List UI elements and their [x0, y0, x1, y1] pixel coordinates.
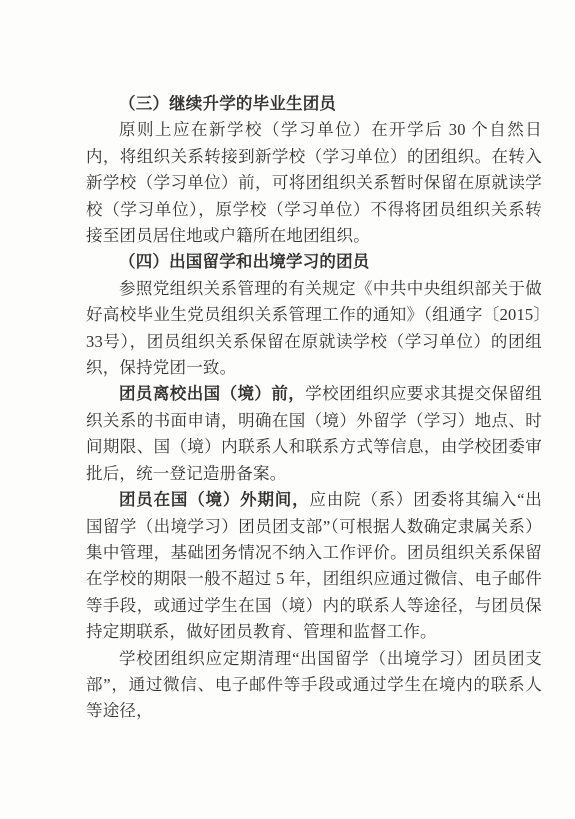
paragraph: 团员在国（境）外期间，应由院（系）团委将其编入“出国留学（出境学习）团员团支部”… — [86, 487, 542, 645]
bold-text-segment: （四）出国留学和出境学习的团员 — [119, 252, 370, 271]
text-segment: 应由院（系）团委将其编入“出国留学（出境学习）团员团支部”（可根据人数确定隶属关… — [86, 490, 542, 641]
paragraph: 参照党组织关系管理的有关规定《中共中央组织部关于做好高校毕业生党员组织关系管理工… — [86, 276, 542, 382]
paragraph: 原则上应在新学校（学习单位）在开学后 30 个自然日内，将组织关系转接到新学校（… — [86, 117, 542, 249]
document-text-block: （三）继续升学的毕业生团员原则上应在新学校（学习单位）在开学后 30 个自然日内… — [86, 91, 542, 725]
bold-text-segment: 团员在国（境）外期间， — [119, 490, 309, 509]
text-segment: 原则上应在新学校（学习单位）在开学后 30 个自然日内，将组织关系转接到新学校（… — [86, 120, 542, 245]
text-segment: 学校团组织应定期清理“出国留学（出境学习）团员团支部”，通过微信、电子邮件等手段… — [86, 649, 542, 721]
paragraph: 团员离校出国（境）前，学校团组织应要求其提交保留组织关系的书面申请，明确在国（境… — [86, 381, 542, 487]
section-heading: （三）继续升学的毕业生团员 — [86, 91, 542, 117]
document-page: （三）继续升学的毕业生团员原则上应在新学校（学习单位）在开学后 30 个自然日内… — [0, 0, 575, 819]
paragraph: 学校团组织应定期清理“出国留学（出境学习）团员团支部”，通过微信、电子邮件等手段… — [86, 646, 542, 725]
text-segment: 参照党组织关系管理的有关规定《中共中央组织部关于做好高校毕业生党员组织关系管理工… — [86, 279, 542, 377]
section-heading: （四）出国留学和出境学习的团员 — [86, 249, 542, 275]
bold-text-segment: （三）继续升学的毕业生团员 — [119, 94, 336, 113]
bold-text-segment: 团员离校出国（境）前， — [119, 384, 305, 403]
